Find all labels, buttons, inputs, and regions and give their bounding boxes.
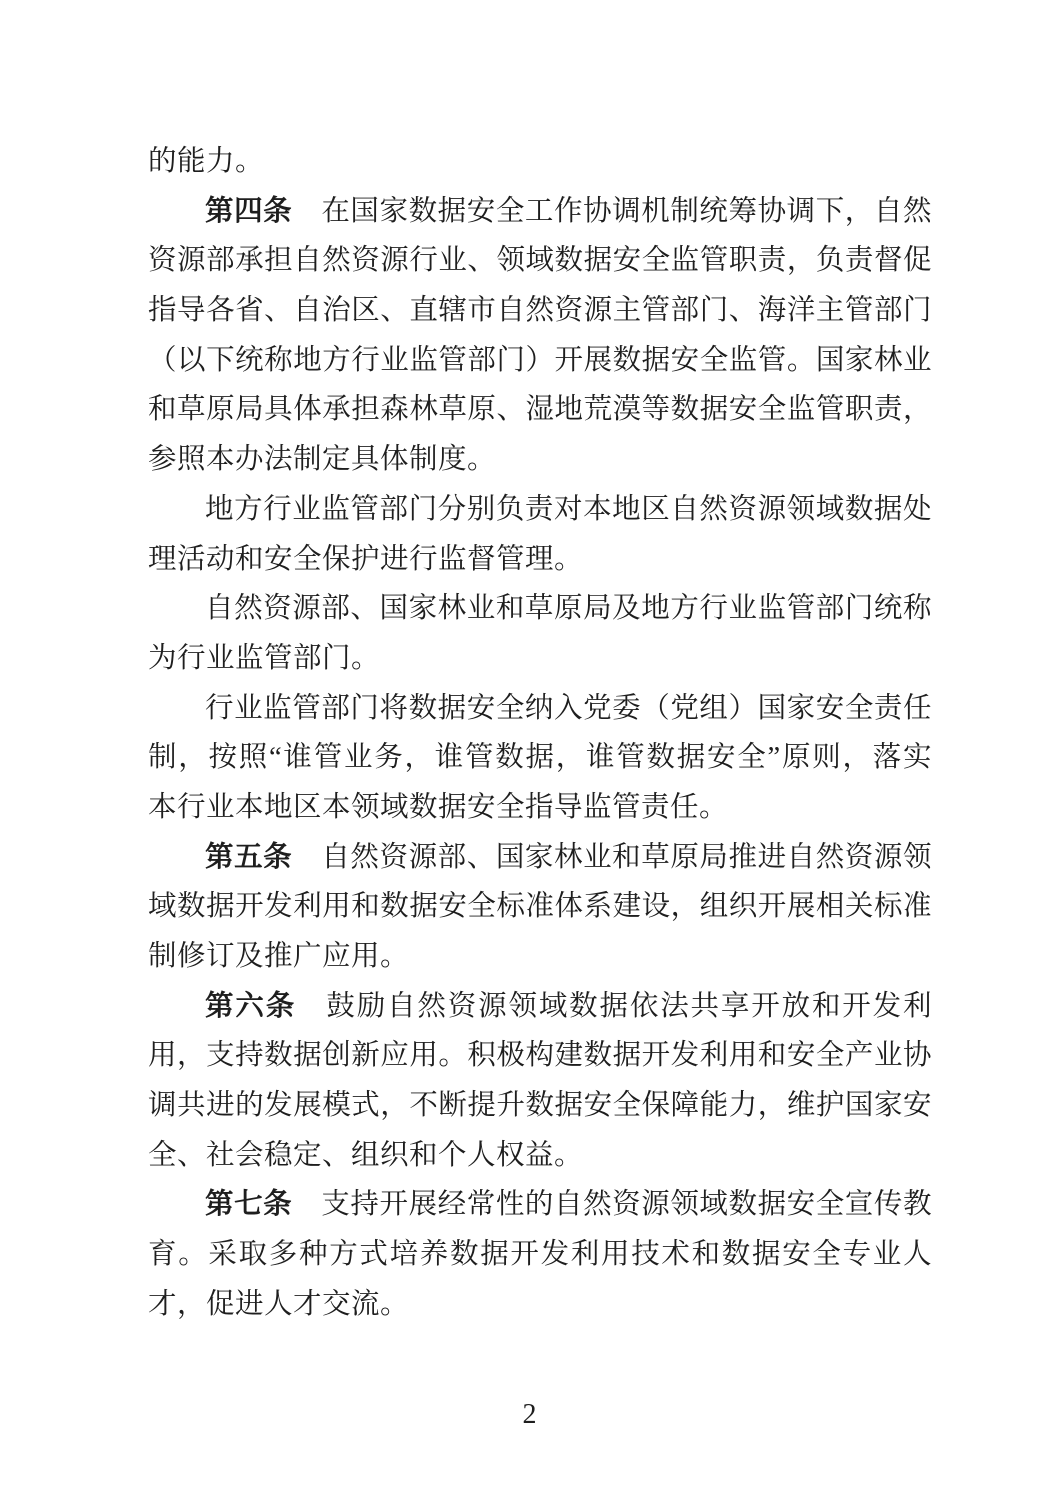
text-line: 第五条 自然资源部、国家林业和草原局推进自然资源领 [148, 833, 932, 883]
line-text: 才，促进人才交流。 [148, 1289, 409, 1320]
line-text: 资源部承担自然资源行业、领域数据安全监管职责，负责督促 [148, 245, 932, 276]
line-text: 指导各省、自治区、直辖市自然资源主管部门、海洋主管部门 [148, 295, 932, 326]
article-number-label: 第五条 [205, 842, 292, 873]
text-line: 自然资源部、国家林业和草原局及地方行业监管部门统称 [148, 584, 932, 634]
line-text: 的能力。 [148, 146, 264, 177]
text-line: 用，支持数据创新应用。积极构建数据开发利用和安全产业协 [148, 1031, 932, 1081]
text-line: 育。采取多种方式培养数据开发利用技术和数据安全专业人 [148, 1230, 932, 1280]
line-text: 全、社会稳定、组织和个人权益。 [148, 1140, 583, 1171]
line-text: 为行业监管部门。 [148, 643, 380, 674]
text-line: 理活动和安全保护进行监督管理。 [148, 535, 932, 585]
text-line: 为行业监管部门。 [148, 634, 932, 684]
text-line: 第六条 鼓励自然资源领域数据依法共享开放和开发利 [148, 982, 932, 1032]
page-number: 2 [0, 1398, 1059, 1432]
line-text: 用，支持数据创新应用。积极构建数据开发利用和安全产业协 [148, 1040, 932, 1071]
text-line: 全、社会稳定、组织和个人权益。 [148, 1131, 932, 1181]
text-line: 资源部承担自然资源行业、领域数据安全监管职责，负责督促 [148, 236, 932, 286]
line-text: 地方行业监管部门分别负责对本地区自然资源领域数据处 [205, 494, 932, 525]
text-line: 和草原局具体承担森林草原、湿地荒漠等数据安全监管职责， [148, 385, 932, 435]
text-line: （以下统称地方行业监管部门）开展数据安全监管。国家林业 [148, 336, 932, 386]
line-text: 理活动和安全保护进行监督管理。 [148, 544, 583, 575]
line-text: 制修订及推广应用。 [148, 941, 409, 972]
text-line: 本行业本地区本领域数据安全指导监管责任。 [148, 783, 932, 833]
text-line: 制修订及推广应用。 [148, 932, 932, 982]
text-line: 行业监管部门将数据安全纳入党委（党组）国家安全责任 [148, 684, 932, 734]
article-number-label: 第七条 [205, 1189, 292, 1220]
document-body: 的能力。第四条 在国家数据安全工作协调机制统筹协调下，自然资源部承担自然资源行业… [148, 137, 932, 1330]
article-number-label: 第六条 [205, 991, 296, 1022]
text-line: 参照本办法制定具体制度。 [148, 435, 932, 485]
article-number-label: 第四条 [205, 196, 292, 227]
text-line: 域数据开发利用和数据安全标准体系建设，组织开展相关标准 [148, 882, 932, 932]
line-text: 鼓励自然资源领域数据依法共享开放和开发利 [296, 991, 932, 1022]
line-text: 行业监管部门将数据安全纳入党委（党组）国家安全责任 [205, 693, 932, 724]
line-text: 域数据开发利用和数据安全标准体系建设，组织开展相关标准 [148, 891, 932, 922]
text-line: 指导各省、自治区、直辖市自然资源主管部门、海洋主管部门 [148, 286, 932, 336]
line-text: （以下统称地方行业监管部门）开展数据安全监管。国家林业 [148, 345, 932, 376]
line-text: 在国家数据安全工作协调机制统筹协调下，自然 [292, 196, 932, 227]
text-line: 第七条 支持开展经常性的自然资源领域数据安全宣传教 [148, 1180, 932, 1230]
line-text: 本行业本地区本领域数据安全指导监管责任。 [148, 792, 728, 823]
text-line: 第四条 在国家数据安全工作协调机制统筹协调下，自然 [148, 187, 932, 237]
text-line: 地方行业监管部门分别负责对本地区自然资源领域数据处 [148, 485, 932, 535]
text-line: 调共进的发展模式，不断提升数据安全保障能力，维护国家安 [148, 1081, 932, 1131]
line-text: 和草原局具体承担森林草原、湿地荒漠等数据安全监管职责， [148, 394, 932, 425]
text-line: 制，按照“谁管业务，谁管数据，谁管数据安全”原则，落实 [148, 733, 932, 783]
line-text: 制，按照“谁管业务，谁管数据，谁管数据安全”原则，落实 [148, 742, 932, 773]
line-text: 自然资源部、国家林业和草原局推进自然资源领 [292, 842, 932, 873]
document-page: 的能力。第四条 在国家数据安全工作协调机制统筹协调下，自然资源部承担自然资源行业… [0, 0, 1059, 1497]
line-text: 调共进的发展模式，不断提升数据安全保障能力，维护国家安 [148, 1090, 932, 1121]
text-line: 才，促进人才交流。 [148, 1280, 932, 1330]
line-text: 育。采取多种方式培养数据开发利用技术和数据安全专业人 [148, 1239, 932, 1270]
line-text: 参照本办法制定具体制度。 [148, 444, 496, 475]
line-text: 支持开展经常性的自然资源领域数据安全宣传教 [292, 1189, 932, 1220]
text-line: 的能力。 [148, 137, 932, 187]
line-text: 自然资源部、国家林业和草原局及地方行业监管部门统称 [205, 593, 932, 624]
